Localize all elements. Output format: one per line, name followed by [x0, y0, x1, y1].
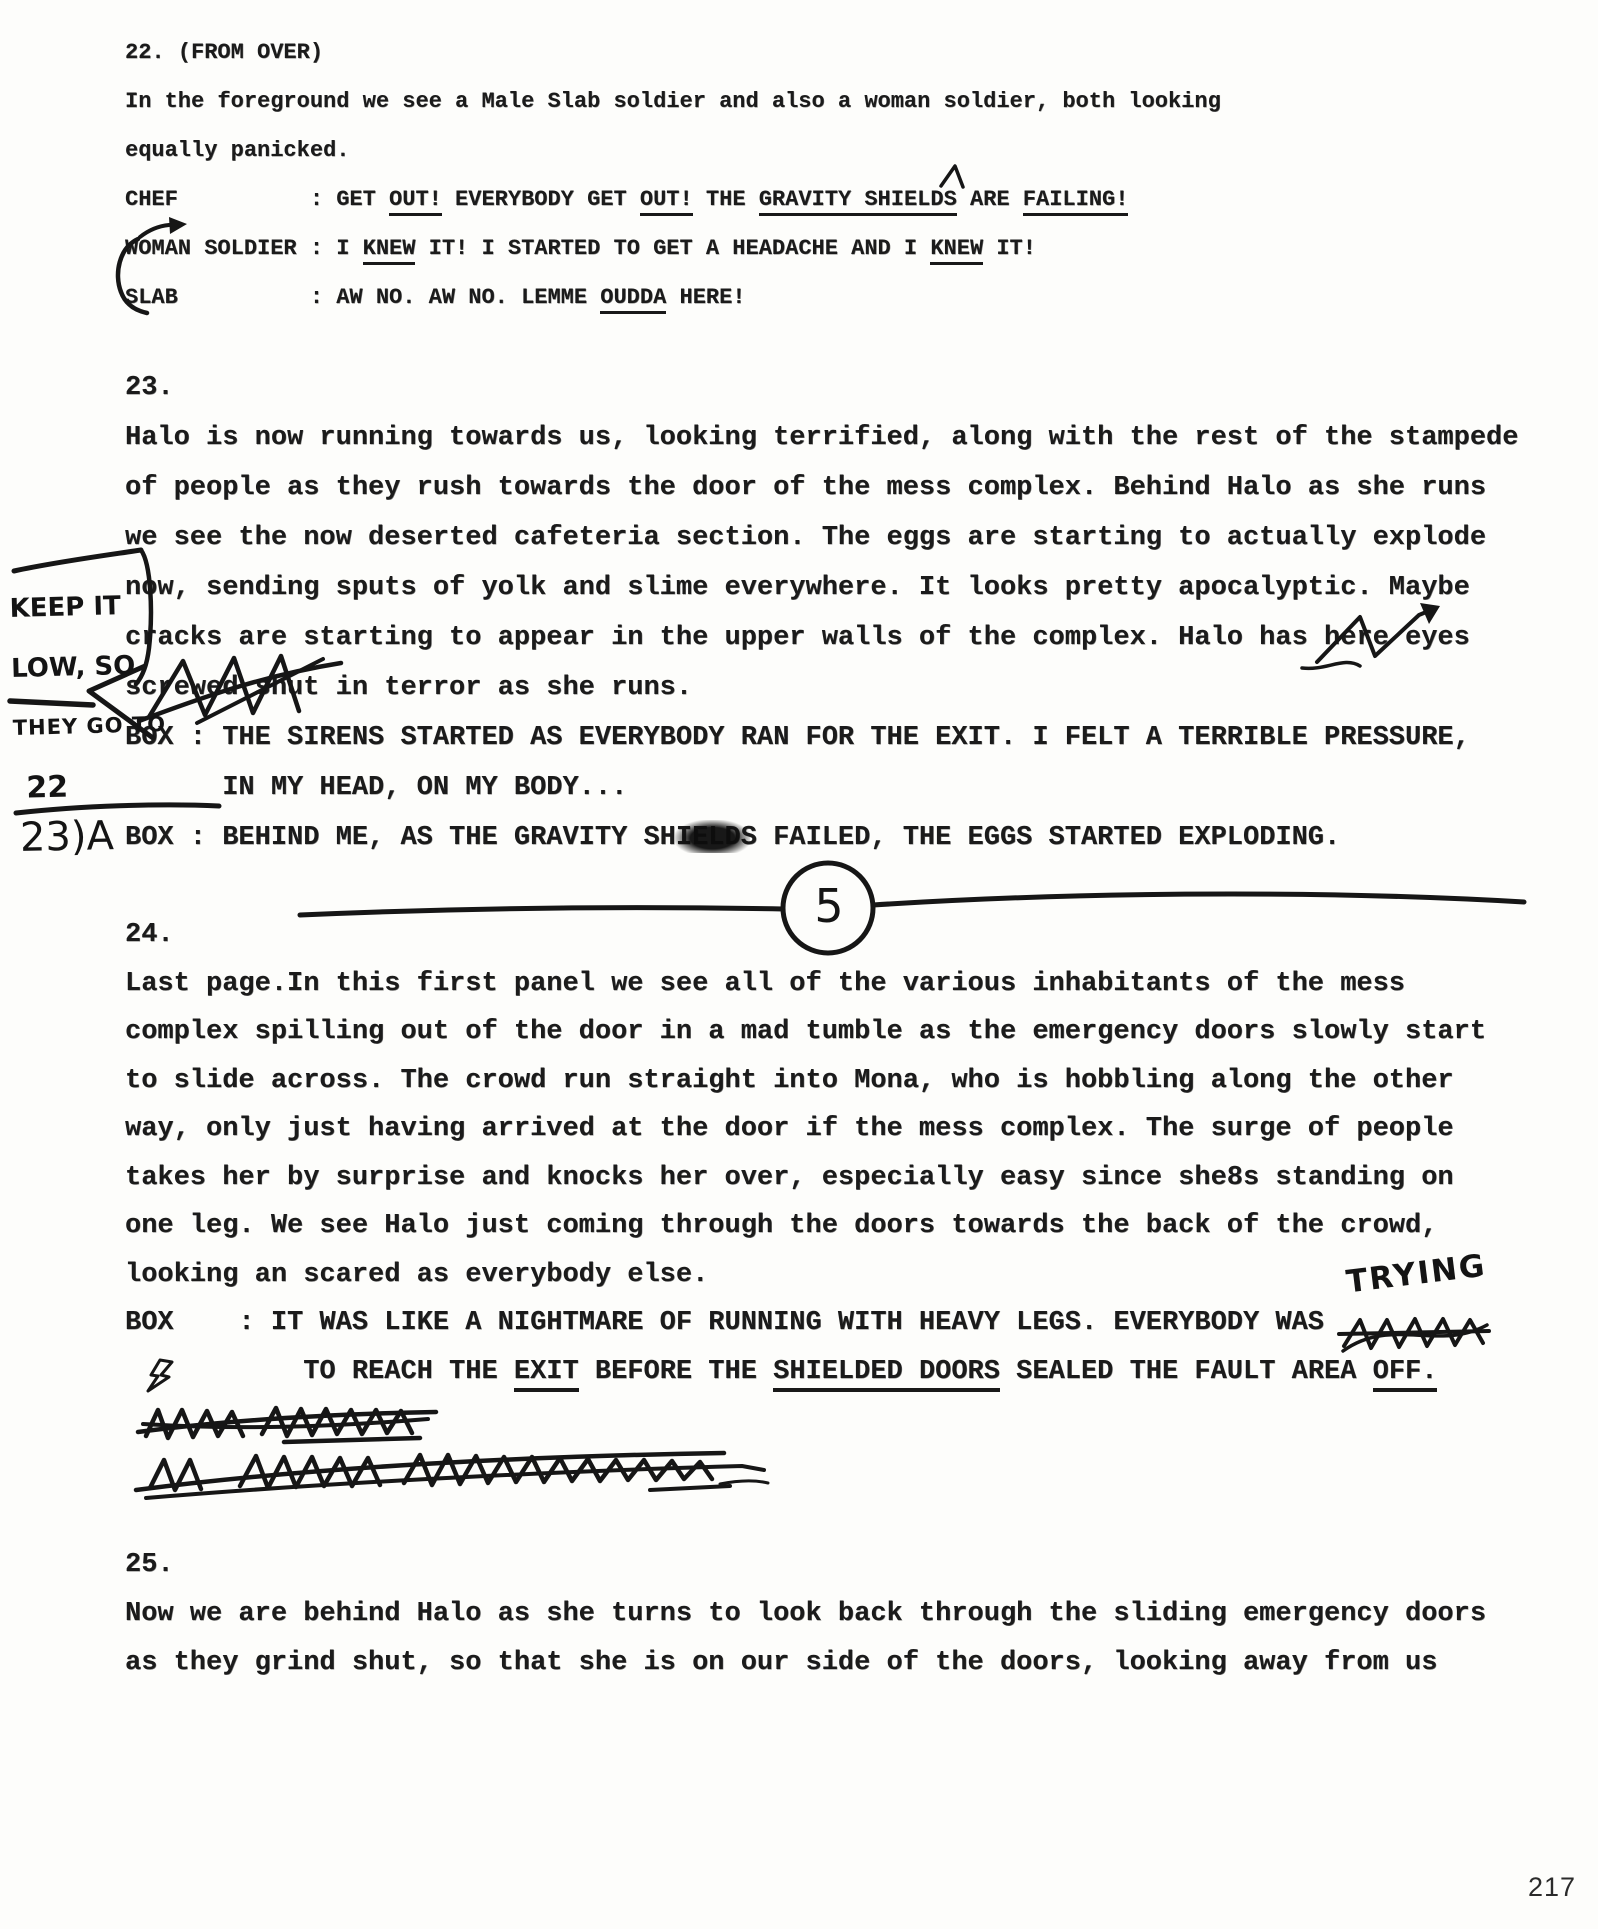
script-line: 23. — [125, 363, 1518, 413]
script-line: now, sending sputs of yolk and slime eve… — [125, 563, 1518, 613]
margin-note-keep-it-low: KEEP IT LOW, SO THEY GO TO 22 — [8, 558, 169, 838]
typed-text: CHEF : GET — [125, 187, 389, 212]
scribbled-out-word — [1340, 1325, 1480, 1329]
script-line: of people as they rush towards the door … — [125, 463, 1518, 513]
script-line: 25. — [125, 1541, 1486, 1590]
panel-23-block: 23.Halo is now running towards us, looki… — [125, 363, 1518, 863]
script-line: Now we are behind Halo as she turns to l… — [125, 1590, 1486, 1639]
script-line: SLAB : AW NO. AW NO. LEMME OUDDA HERE! — [125, 273, 1221, 322]
underlined-text: KNEW — [930, 236, 983, 265]
typed-text: BOX : IT WAS LIKE A NIGHTMARE OF RUNNING… — [125, 1308, 1340, 1338]
typed-text: to slide across. The crowd run straight … — [125, 1066, 1454, 1096]
typed-text: Halo is now running towards us, looking … — [125, 423, 1518, 453]
typed-text: 22. (FROM OVER) — [125, 40, 323, 65]
panel-relabel-note: 23)A — [20, 815, 115, 859]
margin-note-line: THEY GO TO — [12, 713, 166, 739]
page-number: 217 — [1528, 1872, 1576, 1903]
typed-text: In the foreground we see a Male Slab sol… — [125, 89, 1221, 114]
typed-text: WOMAN SOLDIER : I — [125, 236, 363, 261]
typed-text: 23. — [125, 373, 174, 403]
script-line: Halo is now running towards us, looking … — [125, 413, 1518, 463]
typed-text: ARE — [957, 187, 1023, 212]
margin-note-line: KEEP IT — [9, 592, 163, 623]
script-line: Last page.In this first panel we see all… — [125, 960, 1486, 1009]
typed-text: equally panicked. — [125, 138, 349, 163]
typed-text: Now we are behind Halo as she turns to l… — [125, 1599, 1486, 1629]
script-line: CHEF : GET OUT! EVERYBODY GET OUT! THE G… — [125, 175, 1221, 224]
typed-text: takes her by surprise and knocks her ove… — [125, 1163, 1454, 1193]
script-line: BOX : IT WAS LIKE A NIGHTMARE OF RUNNING… — [125, 1299, 1486, 1348]
typed-text: SHIELDS — [643, 823, 756, 853]
underlined-text: OUT! — [389, 187, 442, 216]
script-line: looking an scared as everybody else. — [125, 1251, 1486, 1300]
script-line: cracks are starting to appear in the upp… — [125, 613, 1518, 663]
script-line: In the foreground we see a Male Slab sol… — [125, 77, 1221, 126]
typed-text: as they grind shut, so that she is on ou… — [125, 1648, 1437, 1678]
script-line: to slide across. The crowd run straight … — [125, 1057, 1486, 1106]
typed-text: complex spilling out of the door in a ma… — [125, 1017, 1486, 1047]
typed-text: cracks are starting to appear in the upp… — [125, 623, 1470, 653]
script-line: WOMAN SOLDIER : I KNEW IT! I STARTED TO … — [125, 224, 1221, 273]
script-line: we see the now deserted cafeteria sectio… — [125, 513, 1518, 563]
typed-text: IT! I STARTED TO GET A HEADACHE AND I — [415, 236, 930, 261]
typed-text: now, sending sputs of yolk and slime eve… — [125, 573, 1470, 603]
crossed-out-line-2 — [136, 1453, 768, 1498]
typed-text: BOX : THE SIRENS STARTED AS EVERYBODY RA… — [125, 723, 1470, 753]
typed-text: HERE! — [666, 285, 745, 310]
typed-text: looking an scared as everybody else. — [125, 1260, 708, 1290]
typed-text: 24. — [125, 920, 174, 950]
underlined-text: OUDDA — [600, 285, 666, 314]
script-line: complex spilling out of the door in a ma… — [125, 1008, 1486, 1057]
script-line: IN MY HEAD, ON MY BODY... — [125, 763, 1518, 813]
typed-text: screwed shut in terror as she runs. — [125, 673, 692, 703]
typed-text: SEALED THE FAULT AREA — [1000, 1357, 1373, 1387]
typed-text: we see the now deserted cafeteria sectio… — [125, 523, 1486, 553]
crossed-out-line-1 — [138, 1408, 436, 1442]
script-line: BOX : BEHIND ME, AS THE GRAVITY SHIELDS … — [125, 813, 1518, 863]
typed-text: TO REACH THE — [125, 1357, 514, 1387]
underlined-text: SHIELDED DOORS — [773, 1357, 1000, 1392]
script-line: BOX : THE SIRENS STARTED AS EVERYBODY RA… — [125, 713, 1518, 763]
typed-text: way, only just having arrived at the doo… — [125, 1114, 1454, 1144]
underlined-text: OFF. — [1373, 1357, 1438, 1392]
script-line: 22. (FROM OVER) — [125, 28, 1221, 77]
script-line: takes her by surprise and knocks her ove… — [125, 1154, 1486, 1203]
underlined-text: KNEW — [363, 236, 416, 265]
typed-text: of people as they rush towards the door … — [125, 473, 1486, 503]
circled-page-marker: 5 — [806, 882, 852, 930]
typed-text: BEFORE THE — [579, 1357, 773, 1387]
typed-text: FAILED, THE EGGS STARTED EXPLODING. — [757, 823, 1340, 853]
script-line: screwed shut in terror as she runs. — [125, 663, 1518, 713]
script-line: TO REACH THE EXIT BEFORE THE SHIELDED DO… — [125, 1348, 1486, 1397]
panel-25-block: 25.Now we are behind Halo as she turns t… — [125, 1541, 1486, 1688]
panel-22-block: 22. (FROM OVER)In the foreground we see … — [125, 28, 1221, 322]
typed-text: IN MY HEAD, ON MY BODY... — [125, 773, 627, 803]
typed-text: SLAB : AW NO. AW NO. LEMME — [125, 285, 600, 310]
typed-text: THE — [693, 187, 759, 212]
typewritten-script-page: 22. (FROM OVER)In the foreground we see … — [0, 0, 1598, 1929]
underlined-text: OUT! — [640, 187, 693, 216]
panel-24-block: 24.Last page.In this first panel we see … — [125, 911, 1486, 1396]
script-line: way, only just having arrived at the doo… — [125, 1105, 1486, 1154]
typed-text: Last page.In this first panel we see all… — [125, 969, 1405, 999]
script-line: equally panicked. — [125, 126, 1221, 175]
typed-text: BOX : BEHIND ME, AS THE GRAVITY — [125, 823, 643, 853]
typed-text: one leg. We see Halo just coming through… — [125, 1211, 1437, 1241]
underlined-text: FAILING! — [1023, 187, 1129, 216]
typed-text: 25. — [125, 1550, 174, 1580]
script-line: as they grind shut, so that she is on ou… — [125, 1639, 1486, 1688]
script-line: one leg. We see Halo just coming through… — [125, 1202, 1486, 1251]
typed-text: IT! — [983, 236, 1036, 261]
underlined-text: EXIT — [514, 1357, 579, 1392]
margin-note-line: 22 — [14, 769, 168, 805]
underlined-text: GRAVITY SHIELDS — [759, 187, 957, 216]
typed-text: EVERYBODY GET — [442, 187, 640, 212]
margin-note-line: LOW, SO — [11, 652, 165, 683]
